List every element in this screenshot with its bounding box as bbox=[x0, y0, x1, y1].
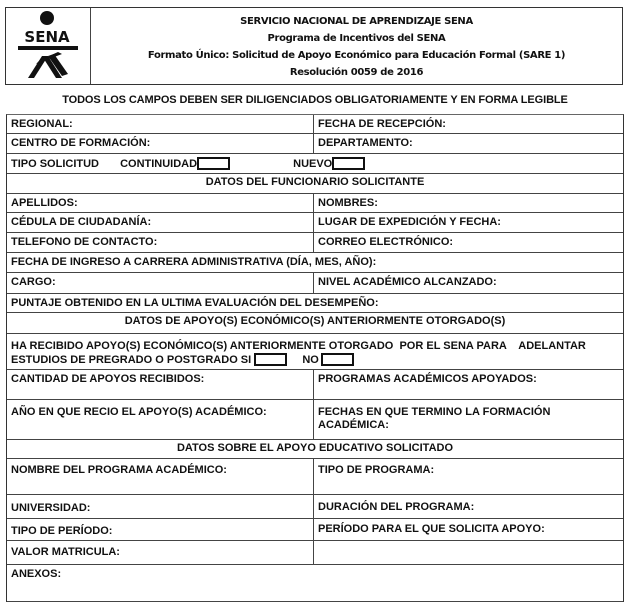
application-form: REGIONAL: FECHA DE RECEPCIÓN: CENTRO DE … bbox=[6, 114, 624, 602]
centro-formacion-field[interactable]: CENTRO DE FORMACIÓN: bbox=[7, 134, 314, 153]
svg-text:SENA: SENA bbox=[24, 28, 70, 46]
form-row: TELEFONO DE CONTACTO: CORREO ELECTRÓNICO… bbox=[7, 233, 623, 253]
form-row: UNIVERSIDAD: DURACIÓN DEL PROGRAMA: bbox=[7, 495, 623, 519]
form-row: FECHA DE INGRESO A CARRERA ADMINISTRATIV… bbox=[7, 253, 623, 273]
form-title: Formato Único: Solicitud de Apoyo Económ… bbox=[148, 47, 565, 64]
departamento-field[interactable]: DEPARTAMENTO: bbox=[314, 134, 623, 153]
ha-recibido-line2: ESTUDIOS DE PREGRADO O POSTGRADO SI bbox=[11, 354, 251, 366]
form-row: CÉDULA DE CIUDADANÍA: LUGAR DE EXPEDICIÓ… bbox=[7, 213, 623, 233]
form-row: AÑO EN QUE RECIO EL APOYO(S) ACADÉMICO: … bbox=[7, 400, 623, 440]
mandatory-fields-notice: TODOS LOS CAMPOS DEBEN SER DILIGENCIADOS… bbox=[0, 94, 630, 106]
tipo-programa-field[interactable]: TIPO DE PROGRAMA: bbox=[314, 459, 623, 494]
document-header: SENA SERVICIO NACIONAL DE APRENDIZAJE SE… bbox=[5, 7, 623, 85]
fecha-ingreso-field[interactable]: FECHA DE INGRESO A CARRERA ADMINISTRATIV… bbox=[7, 253, 623, 272]
form-row: ANEXOS: bbox=[7, 565, 623, 602]
apellidos-field[interactable]: APELLIDOS: bbox=[7, 194, 314, 212]
section-header-row: DATOS SOBRE EL APOYO EDUCATIVO SOLICITAD… bbox=[7, 440, 623, 459]
section-apoyo-solicitado: DATOS SOBRE EL APOYO EDUCATIVO SOLICITAD… bbox=[7, 440, 623, 458]
form-row: CENTRO DE FORMACIÓN: DEPARTAMENTO: bbox=[7, 134, 623, 154]
valor-matricula-blank[interactable] bbox=[314, 541, 623, 564]
form-row: REGIONAL: FECHA DE RECEPCIÓN: bbox=[7, 115, 623, 134]
universidad-field[interactable]: UNIVERSIDAD: bbox=[7, 495, 314, 518]
nombre-programa-field[interactable]: NOMBRE DEL PROGRAMA ACADÉMICO: bbox=[7, 459, 314, 494]
tipo-periodo-field[interactable]: TIPO DE PERÍODO: bbox=[7, 519, 314, 540]
continuidad-checkbox[interactable] bbox=[197, 157, 230, 170]
ha-recibido-row: HA RECIBIDO APOYO(S) ECONÓMICO(S) ANTERI… bbox=[7, 334, 623, 370]
header-text: SERVICIO NACIONAL DE APRENDIZAJE SENA Pr… bbox=[91, 8, 622, 84]
correo-field[interactable]: CORREO ELECTRÓNICO: bbox=[314, 233, 623, 252]
si-checkbox[interactable] bbox=[254, 353, 287, 366]
nombres-field[interactable]: NOMBRES: bbox=[314, 194, 623, 212]
continuidad-label: CONTINUIDAD bbox=[120, 158, 197, 170]
lugar-expedicion-field[interactable]: LUGAR DE EXPEDICIÓN Y FECHA: bbox=[314, 213, 623, 232]
section-funcionario: DATOS DEL FUNCIONARIO SOLICITANTE bbox=[7, 174, 623, 193]
form-row: VALOR MATRICULA: bbox=[7, 541, 623, 565]
programas-apoyados-field[interactable]: PROGRAMAS ACADÉMICOS APOYADOS: bbox=[314, 370, 623, 399]
regional-field[interactable]: REGIONAL: bbox=[7, 115, 314, 133]
duracion-field[interactable]: DURACIÓN DEL PROGRAMA: bbox=[314, 495, 623, 518]
section-header-row: DATOS DEL FUNCIONARIO SOLICITANTE bbox=[7, 174, 623, 194]
cantidad-apoyos-field[interactable]: CANTIDAD DE APOYOS RECIBIDOS: bbox=[7, 370, 314, 399]
no-label: NO bbox=[302, 354, 319, 366]
form-row: NOMBRE DEL PROGRAMA ACADÉMICO: TIPO DE P… bbox=[7, 459, 623, 495]
valor-matricula-field[interactable]: VALOR MATRICULA: bbox=[7, 541, 314, 564]
form-row: TIPO DE PERÍODO: PERÍODO PARA EL QUE SOL… bbox=[7, 519, 623, 541]
puntaje-field[interactable]: PUNTAJE OBTENIDO EN LA ULTIMA EVALUACIÓN… bbox=[7, 294, 623, 312]
ha-recibido-question: HA RECIBIDO APOYO(S) ECONÓMICO(S) ANTERI… bbox=[7, 334, 623, 369]
telefono-field[interactable]: TELEFONO DE CONTACTO: bbox=[7, 233, 314, 252]
cedula-field[interactable]: CÉDULA DE CIUDADANÍA: bbox=[7, 213, 314, 232]
sena-logo: SENA bbox=[6, 8, 91, 84]
institution-name: SERVICIO NACIONAL DE APRENDIZAJE SENA bbox=[240, 13, 473, 30]
tipo-solicitud-label: TIPO SOLICITUD bbox=[11, 158, 99, 170]
form-row: PUNTAJE OBTENIDO EN LA ULTIMA EVALUACIÓN… bbox=[7, 294, 623, 313]
periodo-solicita-field[interactable]: PERÍODO PARA EL QUE SOLICITA APOYO: bbox=[314, 519, 623, 540]
tipo-solicitud: TIPO SOLICITUD CONTINUIDAD NUEVO bbox=[7, 154, 623, 173]
no-checkbox[interactable] bbox=[321, 353, 354, 366]
nivel-academico-field[interactable]: NIVEL ACADÉMICO ALCANZADO: bbox=[314, 273, 623, 293]
nuevo-checkbox[interactable] bbox=[332, 157, 365, 170]
fechas-termino-field[interactable]: FECHAS EN QUE TERMINO LA FORMACIÓN ACADÉ… bbox=[314, 400, 623, 439]
nuevo-label: NUEVO bbox=[293, 158, 332, 170]
anio-apoyo-field[interactable]: AÑO EN QUE RECIO EL APOYO(S) ACADÉMICO: bbox=[7, 400, 314, 439]
tipo-solicitud-row: TIPO SOLICITUD CONTINUIDAD NUEVO bbox=[7, 154, 623, 174]
resolution: Resolución 0059 de 2016 bbox=[290, 64, 423, 81]
fecha-recepcion-field[interactable]: FECHA DE RECEPCIÓN: bbox=[314, 115, 623, 133]
cargo-field[interactable]: CARGO: bbox=[7, 273, 314, 293]
form-row: APELLIDOS: NOMBRES: bbox=[7, 194, 623, 213]
program-name: Programa de Incentivos del SENA bbox=[268, 30, 446, 47]
sena-logo-icon: SENA bbox=[6, 8, 90, 84]
section-header-row: DATOS DE APOYO(S) ECONÓMICO(S) ANTERIORM… bbox=[7, 313, 623, 334]
ha-recibido-line1: HA RECIBIDO APOYO(S) ECONÓMICO(S) ANTERI… bbox=[11, 340, 619, 353]
section-apoyos-anteriores: DATOS DE APOYO(S) ECONÓMICO(S) ANTERIORM… bbox=[7, 313, 623, 333]
form-row: CANTIDAD DE APOYOS RECIBIDOS: PROGRAMAS … bbox=[7, 370, 623, 400]
anexos-field[interactable]: ANEXOS: bbox=[7, 565, 623, 601]
form-row: CARGO: NIVEL ACADÉMICO ALCANZADO: bbox=[7, 273, 623, 294]
